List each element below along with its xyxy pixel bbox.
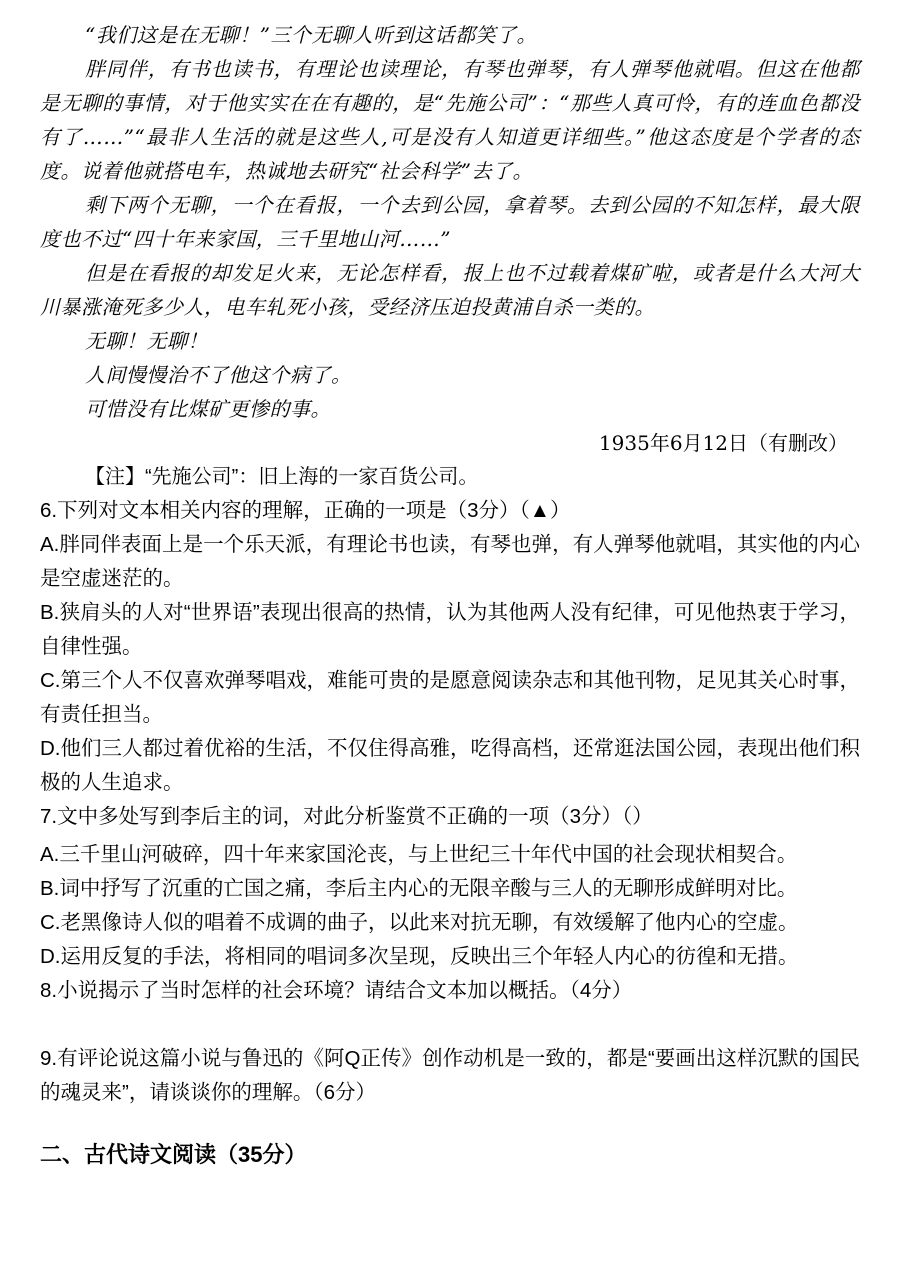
question-9-stem: 9.有评论说这篇小说与鲁迅的《阿Q正传》创作动机是一致的，都是“要画出这样沉默的… <box>40 1042 860 1110</box>
story-paragraph: 无聊！无聊！ <box>40 324 860 358</box>
story-section: “我们这是在无聊！”三个无聊人听到这话都笑了。 胖同伴，有书也读书，有理论也读理… <box>40 18 860 494</box>
story-paragraph: 人间慢慢治不了他这个病了。 <box>40 358 860 392</box>
story-date-line: 1935年6月12日（有删改） <box>40 426 860 460</box>
questions-section: 6.下列对文本相关内容的理解，正确的一项是（3分）（▲） A.胖同伴表面上是一个… <box>40 494 860 1110</box>
question-6-option-b: B.狭肩头的人对“世界语”表现出很高的热情，认为其他两人没有纪律，可见他热衷于学… <box>40 596 860 664</box>
question-7-option-c: C.老黑像诗人似的唱着不成调的曲子，以此来对抗无聊，有效缓解了他内心的空虚。 <box>40 906 860 940</box>
question-7-stem: 7.文中多处写到李后主的词，对此分析鉴赏不正确的一项（3分）（） <box>40 800 860 834</box>
document-page: “我们这是在无聊！”三个无聊人听到这话都笑了。 胖同伴，有书也读书，有理论也读理… <box>0 0 900 1263</box>
question-6-option-c: C.第三个人不仅喜欢弹琴唱戏，难能可贵的是愿意阅读杂志和其他刊物，足见其关心时事… <box>40 664 860 732</box>
question-6-option-d: D.他们三人都过着优裕的生活，不仅住得高雅，吃得高档，还常逛法国公园，表现出他们… <box>40 732 860 800</box>
story-paragraph: 胖同伴，有书也读书，有理论也读理论，有琴也弹琴，有人弹琴他就唱。但这在他都是无聊… <box>40 52 860 188</box>
story-paragraph: 剩下两个无聊，一个在看报，一个去到公园，拿着琴。去到公园的不知怎样，最大限度也不… <box>40 188 860 256</box>
question-8-stem: 8.小说揭示了当时怎样的社会环境？请结合文本加以概括。（4分） <box>40 974 860 1008</box>
question-7-option-a: A.三千里山河破碎，四十年来家国沦丧，与上世纪三十年代中国的社会现状相契合。 <box>40 838 860 872</box>
question-6-option-a: A.胖同伴表面上是一个乐天派，有理论书也读，有琴也弹，有人弹琴他就唱，其实他的内… <box>40 528 860 596</box>
footnote: 【注】“先施公司”：旧上海的一家百货公司。 <box>40 460 860 494</box>
question-7-option-d: D.运用反复的手法，将相同的唱词多次呈现，反映出三个年轻人内心的彷徨和无措。 <box>40 940 860 974</box>
story-paragraph: 可惜没有比煤矿更惨的事。 <box>40 392 860 426</box>
question-6-stem: 6.下列对文本相关内容的理解，正确的一项是（3分）（▲） <box>40 494 860 528</box>
section-heading: 二、古代诗文阅读（35分） <box>40 1138 860 1172</box>
story-paragraph: 但是在看报的却发足火来，无论怎样看，报上也不过载着煤矿啦，或者是什么大河大川暴涨… <box>40 256 860 324</box>
question-7-option-b: B.词中抒写了沉重的亡国之痛，李后主内心的无限辛酸与三人的无聊形成鲜明对比。 <box>40 872 860 906</box>
story-paragraph: “我们这是在无聊！”三个无聊人听到这话都笑了。 <box>40 18 860 52</box>
